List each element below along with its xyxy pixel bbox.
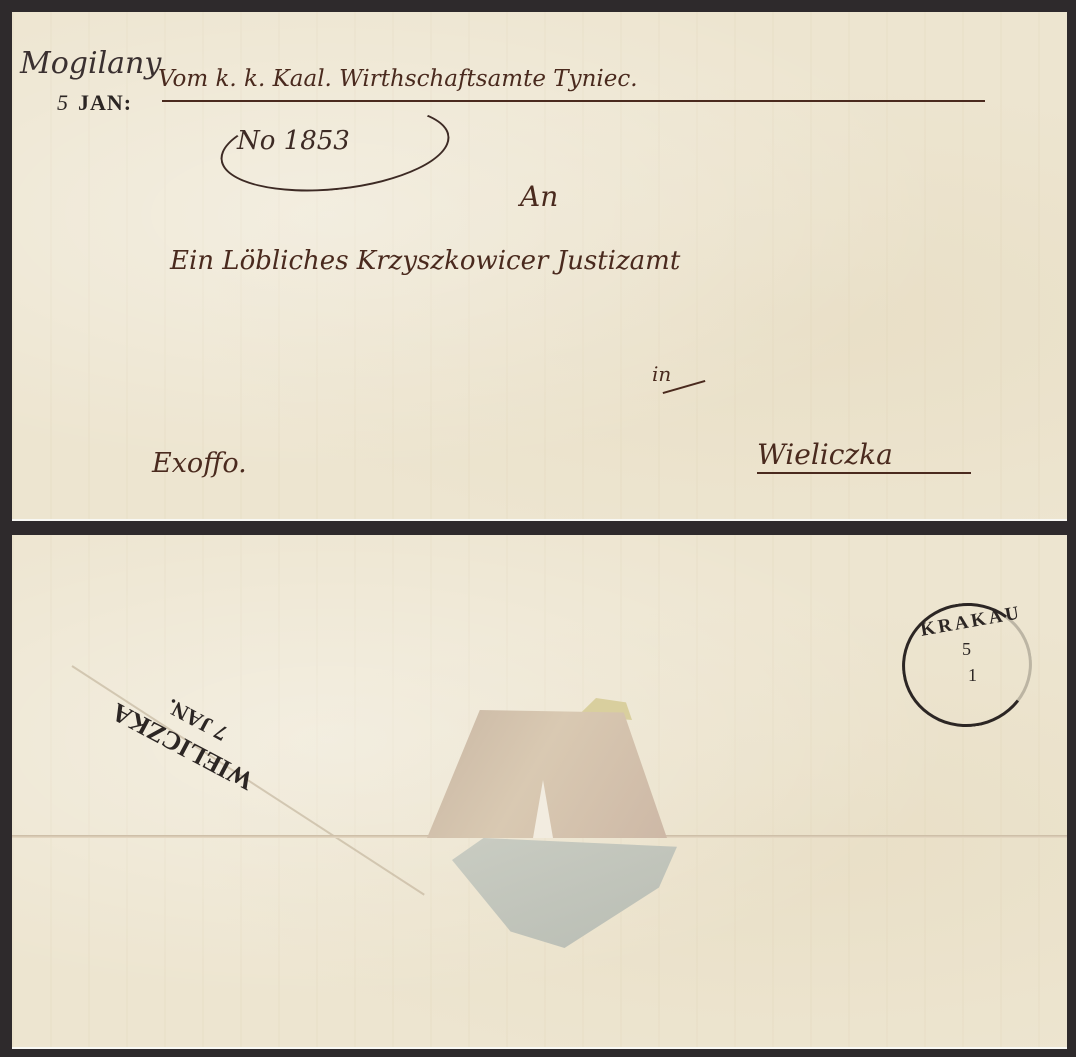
- origin-town-script: Mogilany: [20, 46, 161, 81]
- wafer-seal-lower: [452, 838, 677, 948]
- sender-line: Vom k. k. Kaal. Wirthschaftsamte Tyniec.: [158, 66, 638, 92]
- date-stamp-month: JAN:: [78, 90, 132, 115]
- recipient-line: Ein Löbliches Krzyszkowicer Justizamt: [170, 246, 680, 276]
- date-stamp: 5JAN:: [57, 90, 132, 116]
- exoffo-mark: Exoffo.: [152, 448, 247, 479]
- to-word: An: [520, 180, 558, 213]
- in-word: in: [652, 362, 671, 386]
- cover-front: Mogilany 5JAN: Vom k. k. Kaal. Wirthscha…: [12, 12, 1067, 521]
- wieliczka-arrival-stamp: WIELICZKA 7 JAN.: [107, 670, 273, 796]
- date-stamp-day: 5: [57, 90, 68, 115]
- krakau-postmark-month: 1: [968, 665, 977, 686]
- destination-town: Wieliczka: [757, 438, 893, 471]
- cover-back: KRAKAU 5 1 WIELICZKA 7 JAN.: [12, 535, 1067, 1049]
- krakau-postmark-day: 5: [962, 639, 971, 660]
- reference-number: No 1853: [237, 126, 350, 156]
- sender-underline: [162, 100, 985, 102]
- destination-underline: [757, 472, 971, 474]
